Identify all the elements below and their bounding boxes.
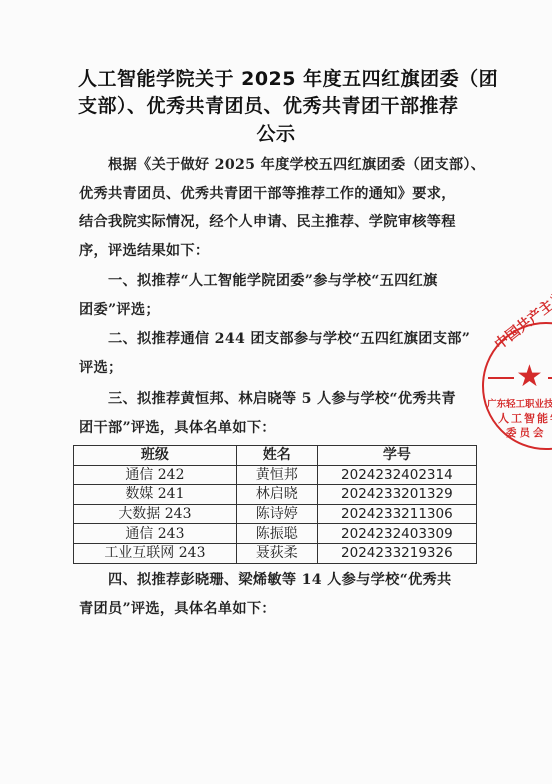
star-icon: ★ — [516, 362, 543, 392]
title-line-1: 人工智能学院关于 2025 年度五四红旗团委（团 — [78, 66, 498, 93]
cell-class: 通信 243 — [74, 524, 237, 544]
table-row: 工业互联网 243 聂荻柔 2024233219326 — [74, 543, 477, 563]
table-row: 大数据 243 陈诗婷 2024233211306 — [74, 504, 477, 524]
intro-paragraph: 根据《关于做好 2025 年度学校五四红旗团委（团支部）、 优秀共青团员、优秀共… — [79, 151, 489, 265]
item-4-paragraph: 四、拟推荐彭晓珊、梁烯敏等 14 人参与学校“优秀共 青团员”评选，具体名单如下… — [79, 566, 489, 623]
item-3-line: 团干部”评选，具体名单如下： — [79, 414, 489, 443]
item-1-line: 一、拟推荐“人工智能学院团委”参与学校“五四红旗 — [79, 267, 489, 296]
cell-name: 陈诗婷 — [236, 504, 317, 524]
intro-line: 序，评选结果如下： — [79, 237, 489, 266]
intro-line: 结合我院实际情况，经个人申请、民主推荐、学院审核等程 — [79, 208, 489, 237]
cell-class: 通信 242 — [74, 465, 237, 485]
cell-name: 黄恒邦 — [236, 465, 317, 485]
cell-class: 数媒 241 — [74, 485, 237, 505]
table-row: 数媒 241 林启晓 2024233201329 — [74, 485, 477, 505]
cell-name: 林启晓 — [236, 485, 317, 505]
cadre-list-table: 班级 姓名 学号 通信 242 黄恒邦 2024232402314 数媒 241… — [73, 445, 477, 564]
cell-student-id: 2024233219326 — [317, 543, 476, 563]
header-student-id: 学号 — [317, 446, 476, 466]
intro-line: 优秀共青团员、优秀共青团干部等推荐工作的通知》要求， — [79, 180, 489, 209]
intro-line: 根据《关于做好 2025 年度学校五四红旗团委（团支部）、 — [79, 151, 489, 180]
item-2-line: 评选； — [79, 354, 489, 383]
item-1-paragraph: 一、拟推荐“人工智能学院团委”参与学校“五四红旗 团委”评选； — [79, 267, 489, 324]
item-4-line: 青团员”评选，具体名单如下： — [79, 595, 489, 624]
stamp-divider-left — [488, 377, 514, 379]
official-seal-stamp: 中国共产主义 ★ 广东轻工职业技术 人工智能学 委员会 — [482, 322, 552, 450]
cell-student-id: 2024233211306 — [317, 504, 476, 524]
cell-name: 聂荻柔 — [236, 543, 317, 563]
cell-class: 大数据 243 — [74, 504, 237, 524]
table-header-row: 班级 姓名 学号 — [74, 446, 477, 466]
cell-class: 工业互联网 243 — [74, 543, 237, 563]
header-class: 班级 — [74, 446, 237, 466]
item-1-line: 团委”评选； — [79, 296, 489, 325]
title-line-3: 公示 — [0, 121, 552, 148]
header-name: 姓名 — [236, 446, 317, 466]
item-2-paragraph: 二、拟推荐通信 244 团支部参与学校“五四红旗团支部” 评选； — [79, 325, 489, 382]
stamp-arc-text: 中国共产主义 — [490, 286, 552, 353]
item-4-line: 四、拟推荐彭晓珊、梁烯敏等 14 人参与学校“优秀共 — [79, 566, 489, 595]
item-2-line: 二、拟推荐通信 244 团支部参与学校“五四红旗团支部” — [79, 325, 489, 354]
cell-student-id: 2024233201329 — [317, 485, 476, 505]
stamp-text-line-2: 人工智能学 — [498, 410, 552, 426]
stamp-text-line-3: 委员会 — [506, 425, 547, 440]
stamp-text-line-1: 广东轻工职业技术 — [487, 396, 552, 410]
cell-student-id: 2024232403309 — [317, 524, 476, 544]
cell-name: 陈振聪 — [236, 524, 317, 544]
stamp-divider-right — [548, 377, 552, 379]
table-row: 通信 242 黄恒邦 2024232402314 — [74, 465, 477, 485]
item-3-paragraph: 三、拟推荐黄恒邦、林启晓等 5 人参与学校“优秀共青 团干部”评选，具体名单如下… — [79, 385, 489, 442]
document-page: 人工智能学院关于 2025 年度五四红旗团委（团 支部）、优秀共青团员、优秀共青… — [0, 0, 552, 784]
title-line-2: 支部）、优秀共青团员、优秀共青团干部推荐 — [78, 93, 498, 120]
item-3-line: 三、拟推荐黄恒邦、林启晓等 5 人参与学校“优秀共青 — [79, 385, 489, 414]
table-row: 通信 243 陈振聪 2024232403309 — [74, 524, 477, 544]
cell-student-id: 2024232402314 — [317, 465, 476, 485]
